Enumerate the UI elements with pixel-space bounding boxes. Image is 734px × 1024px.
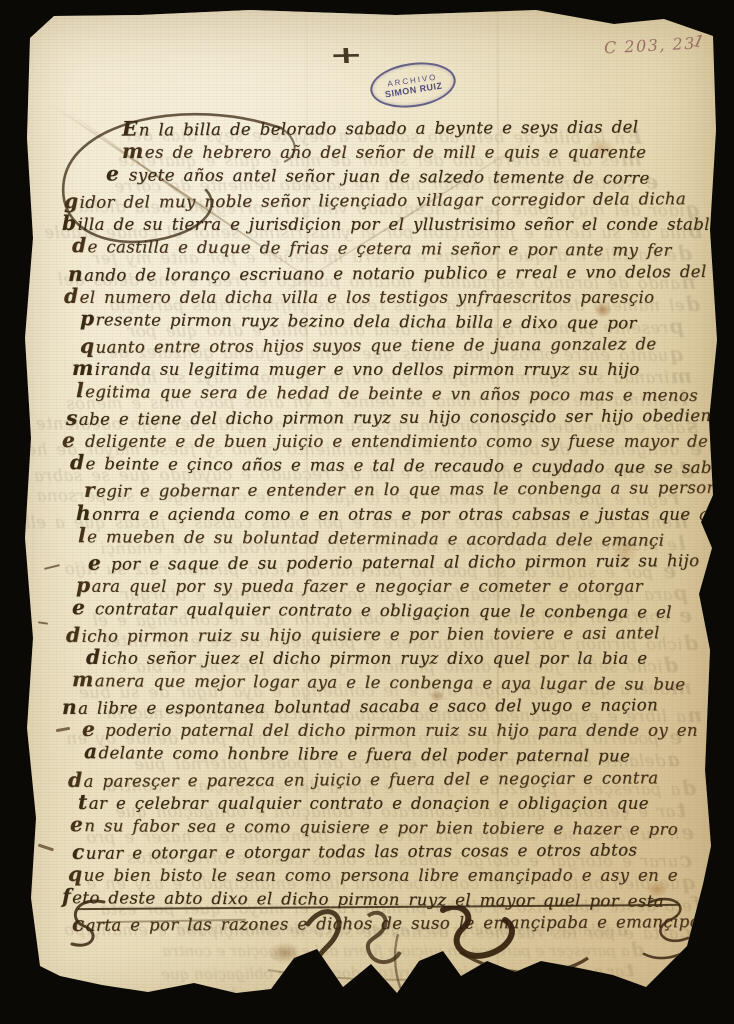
manuscript-line: carta e por las razones e dichos de suso… xyxy=(62,909,702,937)
manuscript-line: regir e gobernar e entender en lo que ma… xyxy=(62,475,702,503)
manuscript-text: En la billa de belorado sabado a beynte … xyxy=(62,116,702,935)
manuscript-line: tar e çelebrar qualquier contrato e dona… xyxy=(62,791,702,815)
margin-mark xyxy=(44,564,60,570)
manuscript-line: le mueben de su boluntad determinada e a… xyxy=(62,524,702,552)
manuscript-line: da paresçer e parezca en juiçio e fuera … xyxy=(90,940,650,962)
manuscript-line: sabe e tiene del dicho pirmon ruyz su hi… xyxy=(62,403,702,431)
manuscript-line: e poderio paternal del dicho pirmon ruiz… xyxy=(62,718,702,742)
manuscript-line: que bien bisto le sean como persona libr… xyxy=(62,863,702,887)
manuscript-photo: + ARCHIVO SIMON RUIZ C 203, 23 1 En la b… xyxy=(0,0,734,1024)
manuscript-line: mes de hebrero año del señor de mill e q… xyxy=(62,140,702,164)
paper-sheet: + ARCHIVO SIMON RUIZ C 203, 23 1 En la b… xyxy=(0,0,734,1024)
manuscript-line: honrra e açienda como e en otras e por o… xyxy=(62,502,702,526)
manuscript-line: en su fabor sea e como quisiere e por bi… xyxy=(62,813,702,841)
archive-stamp: ARCHIVO SIMON RUIZ xyxy=(367,57,458,113)
manuscript-line: billa de su tierra e jurisdiçion por el … xyxy=(62,212,702,236)
manuscript-line: e por e saque de su poderio paternal al … xyxy=(62,548,702,576)
manuscript-line: presente pirmon ruyz bezino dela dicha b… xyxy=(62,307,702,335)
manuscript-line: para quel por sy pueda fazer e negoçiar … xyxy=(62,574,702,598)
manuscript-line: gidor del muy noble señor liçençiado vil… xyxy=(62,186,702,214)
manuscript-line: En la billa de belorado sabado a beynte … xyxy=(62,114,702,142)
manuscript-line: en su fabor sea e como quisiere e por bi… xyxy=(90,982,650,1007)
manuscript-line: e deligente e de buen juiçio e entendimi… xyxy=(62,429,702,453)
manuscript-line: adelante como honbre libre e fuera del p… xyxy=(62,740,702,768)
manuscript-line: de castilla e duque de frias e çetera mi… xyxy=(62,235,702,263)
manuscript-line: tar e çelebrar qualquier contrato e dona… xyxy=(90,960,650,985)
margin-mark xyxy=(38,621,48,624)
manuscript-line: na libre e espontanea boluntad sacaba e … xyxy=(62,692,702,720)
manuscript-line: dicho pirmon ruiz su hijo quisiere e por… xyxy=(62,620,702,648)
margin-mark xyxy=(38,844,54,851)
manuscript-line: dicho señor juez el dicho pirmon ruyz di… xyxy=(62,646,702,670)
stain xyxy=(268,942,302,964)
manuscript-line: del numero dela dicha villa e los testig… xyxy=(62,285,702,309)
shelfmark: C 203, 23 xyxy=(604,34,697,58)
manuscript-line: miranda su legitima muger e vno dellos p… xyxy=(62,357,702,381)
manuscript-line: curar e otorgar e otorgar todas las otra… xyxy=(62,837,702,865)
manuscript-line: quanto entre otros hijos suyos que tiene… xyxy=(62,331,702,359)
manuscript-line: nando de loranço escriuano e notario pub… xyxy=(62,259,702,287)
invocation-cross-mark: + xyxy=(328,40,364,70)
manuscript-line: da paresçer e parezca en juiçio e fuera … xyxy=(62,765,702,793)
